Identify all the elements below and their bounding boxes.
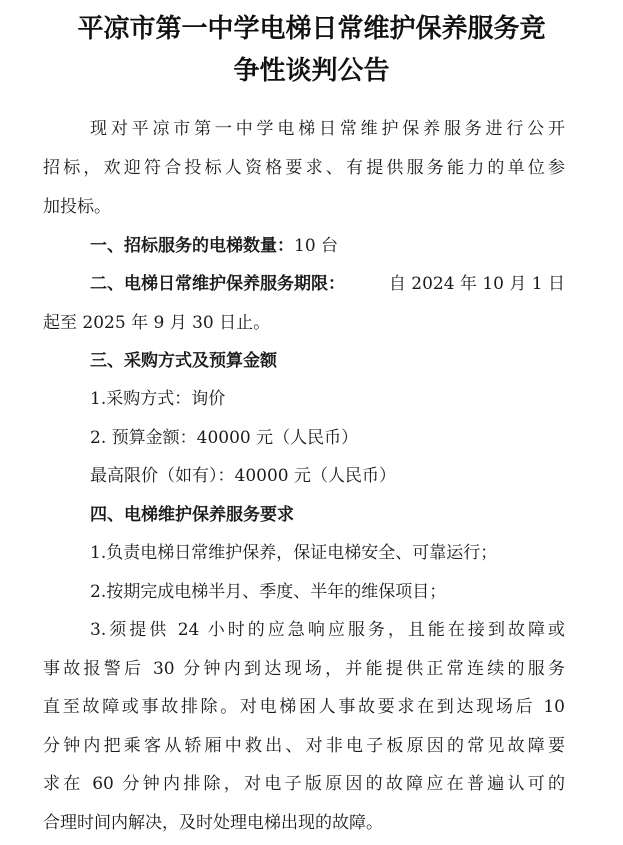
section-4-item-3-line: 合理时间内解决，及时处理电梯出现的故障。 <box>43 811 383 835</box>
document-title-line-1: 平凉市第一中学电梯日常维护保养服务竞 <box>0 12 623 46</box>
intro-line-2: 招标，欢迎符合投标人资格要求、有提供服务能力的单位参 <box>43 156 565 180</box>
section-4-item-1: 1.负责电梯日常维护保养，保证电梯安全、可靠运行； <box>90 541 497 565</box>
section-3-item-1: 1.采购方式：询价 <box>90 387 225 411</box>
section-4-item-3-line: 求在 60 分钟内排除，对电子版原因的故障应在普遍认可的 <box>43 772 565 796</box>
section-2-heading: 二、电梯日常维护保养服务期限： <box>90 272 345 296</box>
section-4-heading: 四、电梯维护保养服务要求 <box>90 503 294 527</box>
intro-line-3: 加投标。 <box>43 195 111 219</box>
section-2-line-1: 二、电梯日常维护保养服务期限：自 2024 年 10 月 1 日 <box>90 272 565 296</box>
section-4-item-3-line: 直至故障或事故排除。对电梯困人事故要求在到达现场后 10 <box>43 695 565 719</box>
section-4-item-2: 2.按期完成电梯半月、季度、半年的维保项目； <box>90 580 446 604</box>
section-4-item-3-line: 3.须提供 24 小时的应急响应服务，且能在接到故障或 <box>90 618 565 642</box>
section-4-item-3-line: 分钟内把乘客从轿厢中救出、对非电子板原因的常见故障要 <box>43 734 565 758</box>
section-2-value-1: 自 2024 年 10 月 1 日 <box>389 272 565 296</box>
section-3-heading: 三、采购方式及预算金额 <box>90 349 277 373</box>
section-2-value-2: 起至 2025 年 9 月 30 日止。 <box>43 311 270 335</box>
section-4-item-3-line: 事故报警后 30 分钟内到达现场，并能提供正常连续的服务 <box>43 657 565 681</box>
document-title-line-2: 争性谈判公告 <box>0 54 623 88</box>
section-1-heading: 一、招标服务的电梯数量： <box>90 236 294 256</box>
intro-line-1: 现对平凉市第一中学电梯日常维护保养服务进行公开 <box>90 117 565 141</box>
section-1-value: 10 台 <box>294 236 338 256</box>
section-1: 一、招标服务的电梯数量：10 台 <box>90 234 338 258</box>
section-3-item-2: 2. 预算金额：40000 元（人民币） <box>90 426 358 450</box>
section-3-item-3: 最高限价（如有）：40000 元（人民币） <box>90 464 396 488</box>
